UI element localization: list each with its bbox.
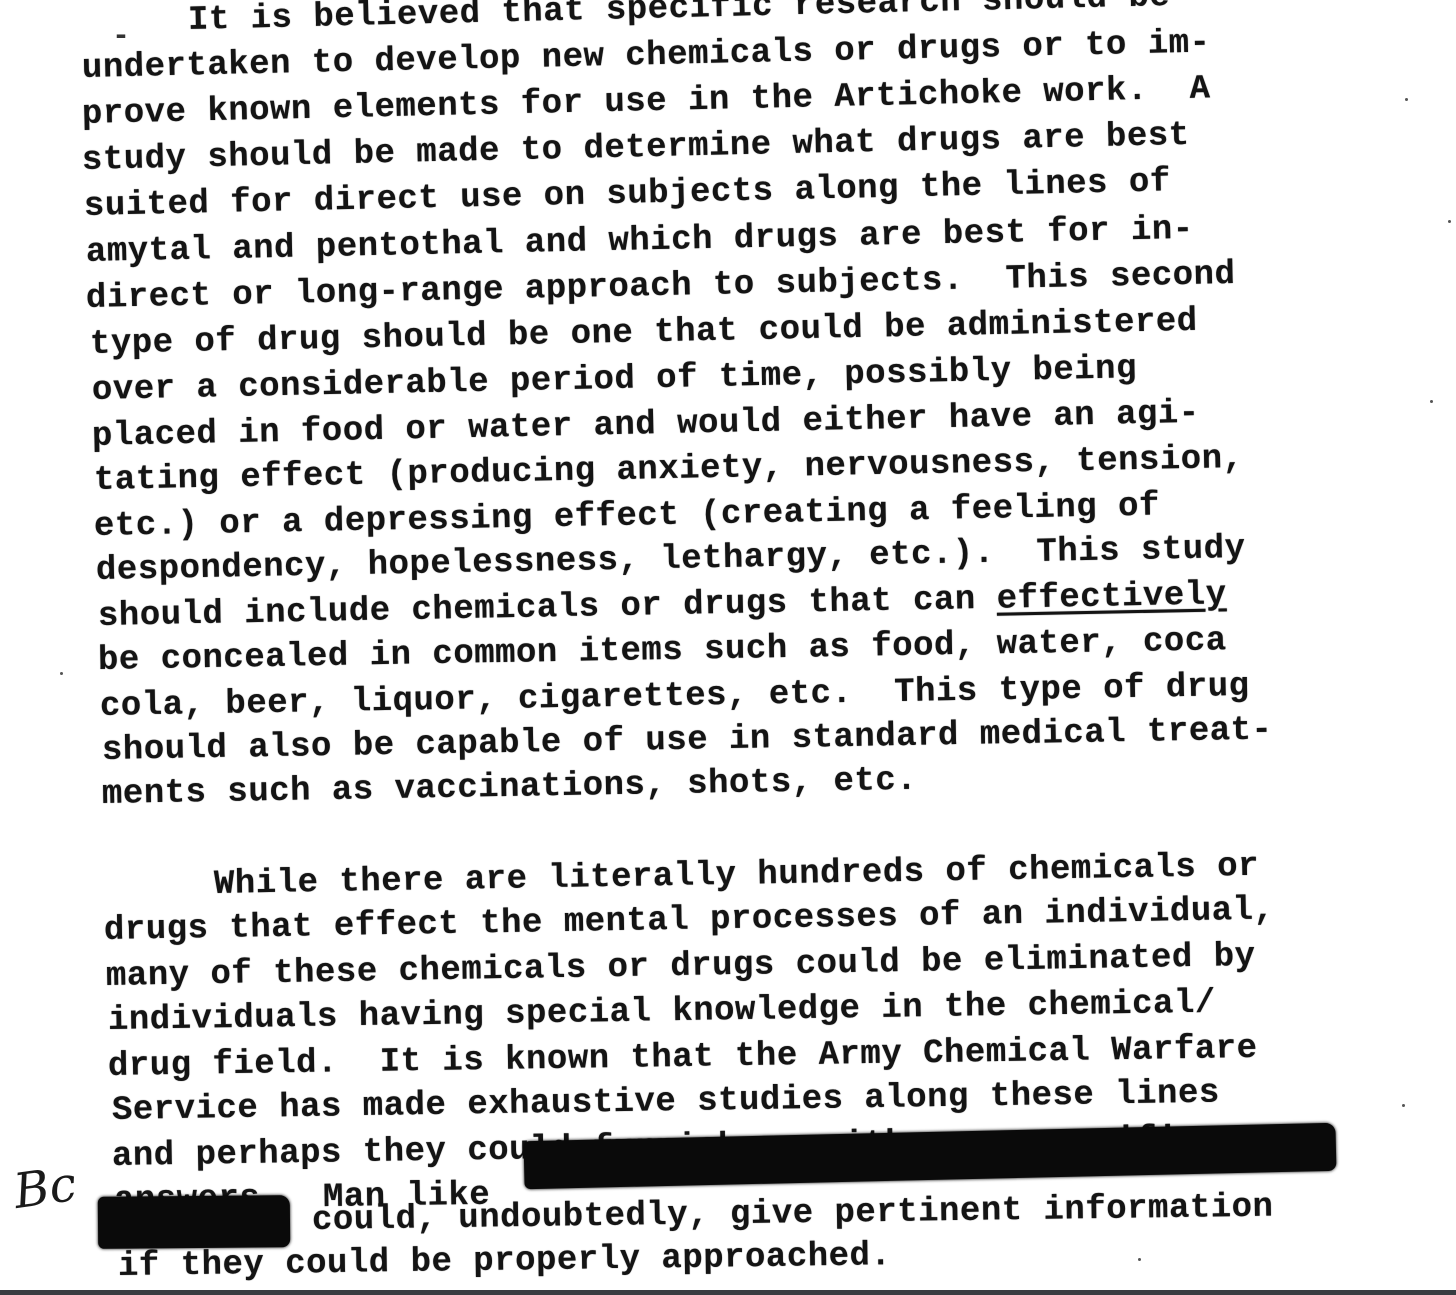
scan-speck <box>1405 98 1408 101</box>
handwritten-margin-note: Bc <box>10 1156 79 1220</box>
scan-speck <box>1430 400 1433 403</box>
document-page: - It is believed that specific research … <box>0 0 1456 1290</box>
scan-speck <box>1402 1104 1405 1107</box>
underlined-word: effectively <box>996 576 1227 618</box>
scan-speck <box>1448 220 1451 223</box>
window-bottom-edge <box>0 1290 1456 1295</box>
paragraph-2-line: individuals having special knowledge in … <box>108 987 1216 1038</box>
paragraph-1-line: ments such as vaccinations, shots, etc. <box>102 764 918 812</box>
redaction-bar <box>98 1195 290 1249</box>
scan-speck <box>1138 1258 1141 1261</box>
paragraph-2-line: Service has made exhaustive studies alon… <box>112 1077 1220 1128</box>
scan-speck <box>60 672 63 675</box>
